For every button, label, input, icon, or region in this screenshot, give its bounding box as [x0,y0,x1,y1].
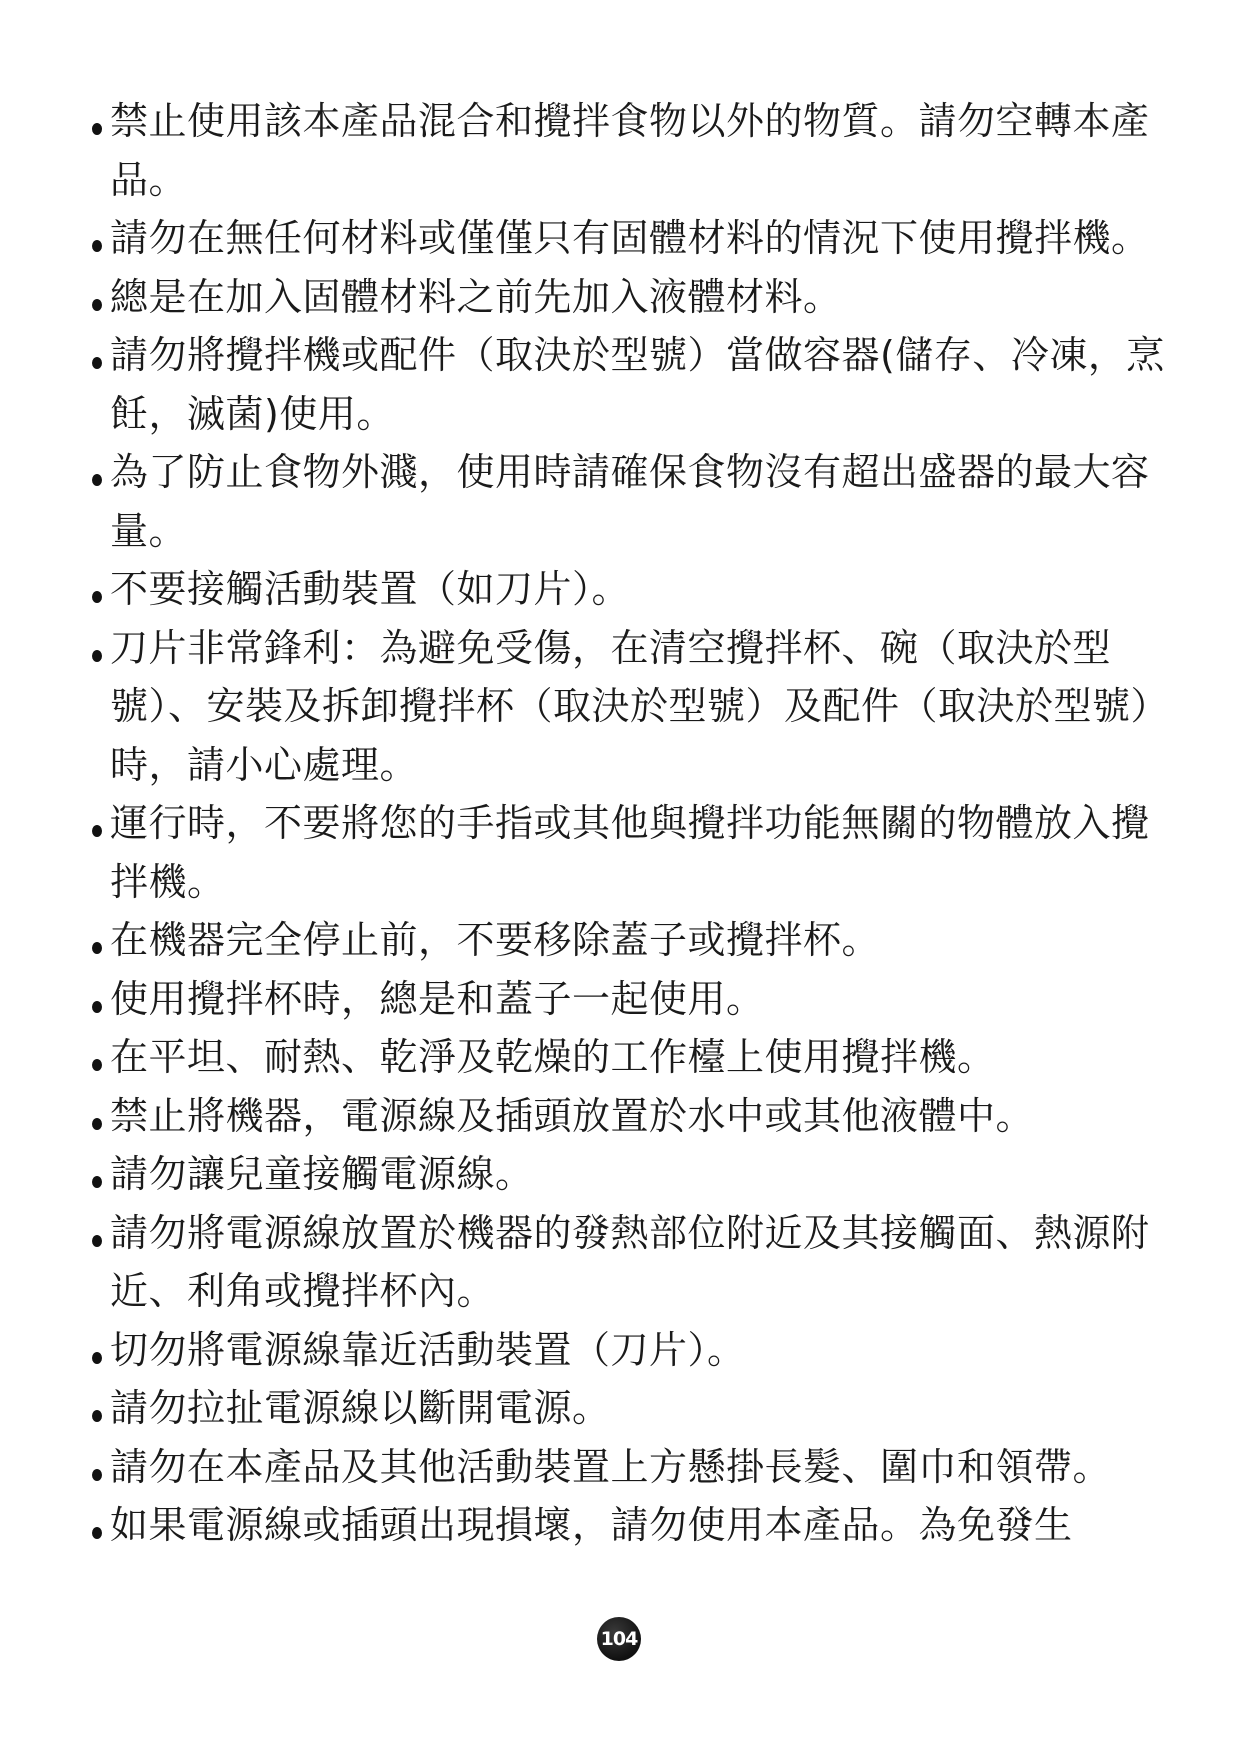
list-item-text: 請勿拉扯電源線以斷開電源。 [110,1379,1166,1438]
list-item-text: 請勿在本產品及其他活動裝置上方懸掛長髮、圍巾和領帶。 [110,1438,1166,1497]
list-item-text: 使用攪拌杯時，總是和蓋子一起使用。 [110,970,1166,1029]
bullet-icon [92,825,102,837]
list-item-text: 如果電源線或插頭出現損壞，請勿使用本產品。為免發生 [110,1496,1166,1555]
bullet-icon [92,1176,102,1188]
list-item: 運行時，不要將您的手指或其他與攪拌功能無關的物體放入攪拌機。 [86,794,1166,911]
page-number-badge: 104 [597,1617,641,1661]
list-item: 不要接觸活動裝置（如刀片）。 [86,560,1166,619]
list-item: 總是在加入固體材料之前先加入液體材料。 [86,268,1166,327]
bullet-icon [92,1059,102,1071]
bullet-icon [92,942,102,954]
bullet-icon [92,591,102,603]
bullet-icon [92,1235,102,1247]
list-item-text: 請勿讓兒童接觸電源線。 [110,1145,1166,1204]
list-item-text: 請勿將電源線放置於機器的發熱部位附近及其接觸面、熱源附近、利角或攪拌杯內。 [110,1204,1166,1321]
bullet-icon [92,299,102,311]
bullet-icon [92,1527,102,1539]
list-item-text: 禁止使用該本產品混合和攪拌食物以外的物質。請勿空轉本產品。 [110,92,1166,209]
bullet-icon [92,650,102,662]
manual-page: 禁止使用該本產品混合和攪拌食物以外的物質。請勿空轉本產品。 請勿在無任何材料或僅… [0,0,1241,1754]
list-item: 刀片非常鋒利：為避免受傷，在清空攪拌杯、碗（取決於型號）、安裝及拆卸攪拌杯（取決… [86,619,1166,795]
list-item: 禁止將機器，電源線及插頭放置於水中或其他液體中。 [86,1087,1166,1146]
safety-instructions-list: 禁止使用該本產品混合和攪拌食物以外的物質。請勿空轉本產品。 請勿在無任何材料或僅… [86,92,1166,1555]
list-item: 禁止使用該本產品混合和攪拌食物以外的物質。請勿空轉本產品。 [86,92,1166,209]
list-item-text: 禁止將機器，電源線及插頭放置於水中或其他液體中。 [110,1087,1166,1146]
bullet-icon [92,240,102,252]
list-item: 使用攪拌杯時，總是和蓋子一起使用。 [86,970,1166,1029]
list-item-text: 為了防止食物外濺，使用時請確保食物沒有超出盛器的最大容量。 [110,443,1166,560]
page-number: 104 [601,1628,638,1650]
list-item-text: 在平坦、耐熱、乾淨及乾燥的工作檯上使用攪拌機。 [110,1028,1166,1087]
bullet-icon [92,474,102,486]
list-item: 請勿讓兒童接觸電源線。 [86,1145,1166,1204]
list-item-text: 不要接觸活動裝置（如刀片）。 [110,560,1166,619]
list-item-text: 請勿在無任何材料或僅僅只有固體材料的情況下使用攪拌機。 [110,209,1166,268]
list-item-text: 請勿將攪拌機或配件（取決於型號）當做容器(儲存、冷凍，烹飪，滅菌)使用。 [110,326,1166,443]
list-item-text: 運行時，不要將您的手指或其他與攪拌功能無關的物體放入攪拌機。 [110,794,1166,911]
list-item-text: 切勿將電源線靠近活動裝置（刀片）。 [110,1321,1166,1380]
list-item: 請勿將攪拌機或配件（取決於型號）當做容器(儲存、冷凍，烹飪，滅菌)使用。 [86,326,1166,443]
list-item: 請勿在無任何材料或僅僅只有固體材料的情況下使用攪拌機。 [86,209,1166,268]
bullet-icon [92,1118,102,1130]
list-item-text: 刀片非常鋒利：為避免受傷，在清空攪拌杯、碗（取決於型號）、安裝及拆卸攪拌杯（取決… [110,619,1166,795]
list-item: 在機器完全停止前，不要移除蓋子或攪拌杯。 [86,911,1166,970]
bullet-icon [92,123,102,135]
list-item: 請勿拉扯電源線以斷開電源。 [86,1379,1166,1438]
list-item-text: 總是在加入固體材料之前先加入液體材料。 [110,268,1166,327]
bullet-icon [92,357,102,369]
list-item: 切勿將電源線靠近活動裝置（刀片）。 [86,1321,1166,1380]
list-item: 如果電源線或插頭出現損壞，請勿使用本產品。為免發生 [86,1496,1166,1555]
bullet-icon [92,1410,102,1422]
bullet-icon [92,1001,102,1013]
list-item: 請勿在本產品及其他活動裝置上方懸掛長髮、圍巾和領帶。 [86,1438,1166,1497]
bullet-icon [92,1352,102,1364]
list-item-text: 在機器完全停止前，不要移除蓋子或攪拌杯。 [110,911,1166,970]
list-item: 請勿將電源線放置於機器的發熱部位附近及其接觸面、熱源附近、利角或攪拌杯內。 [86,1204,1166,1321]
list-item: 為了防止食物外濺，使用時請確保食物沒有超出盛器的最大容量。 [86,443,1166,560]
list-item: 在平坦、耐熱、乾淨及乾燥的工作檯上使用攪拌機。 [86,1028,1166,1087]
bullet-icon [92,1469,102,1481]
